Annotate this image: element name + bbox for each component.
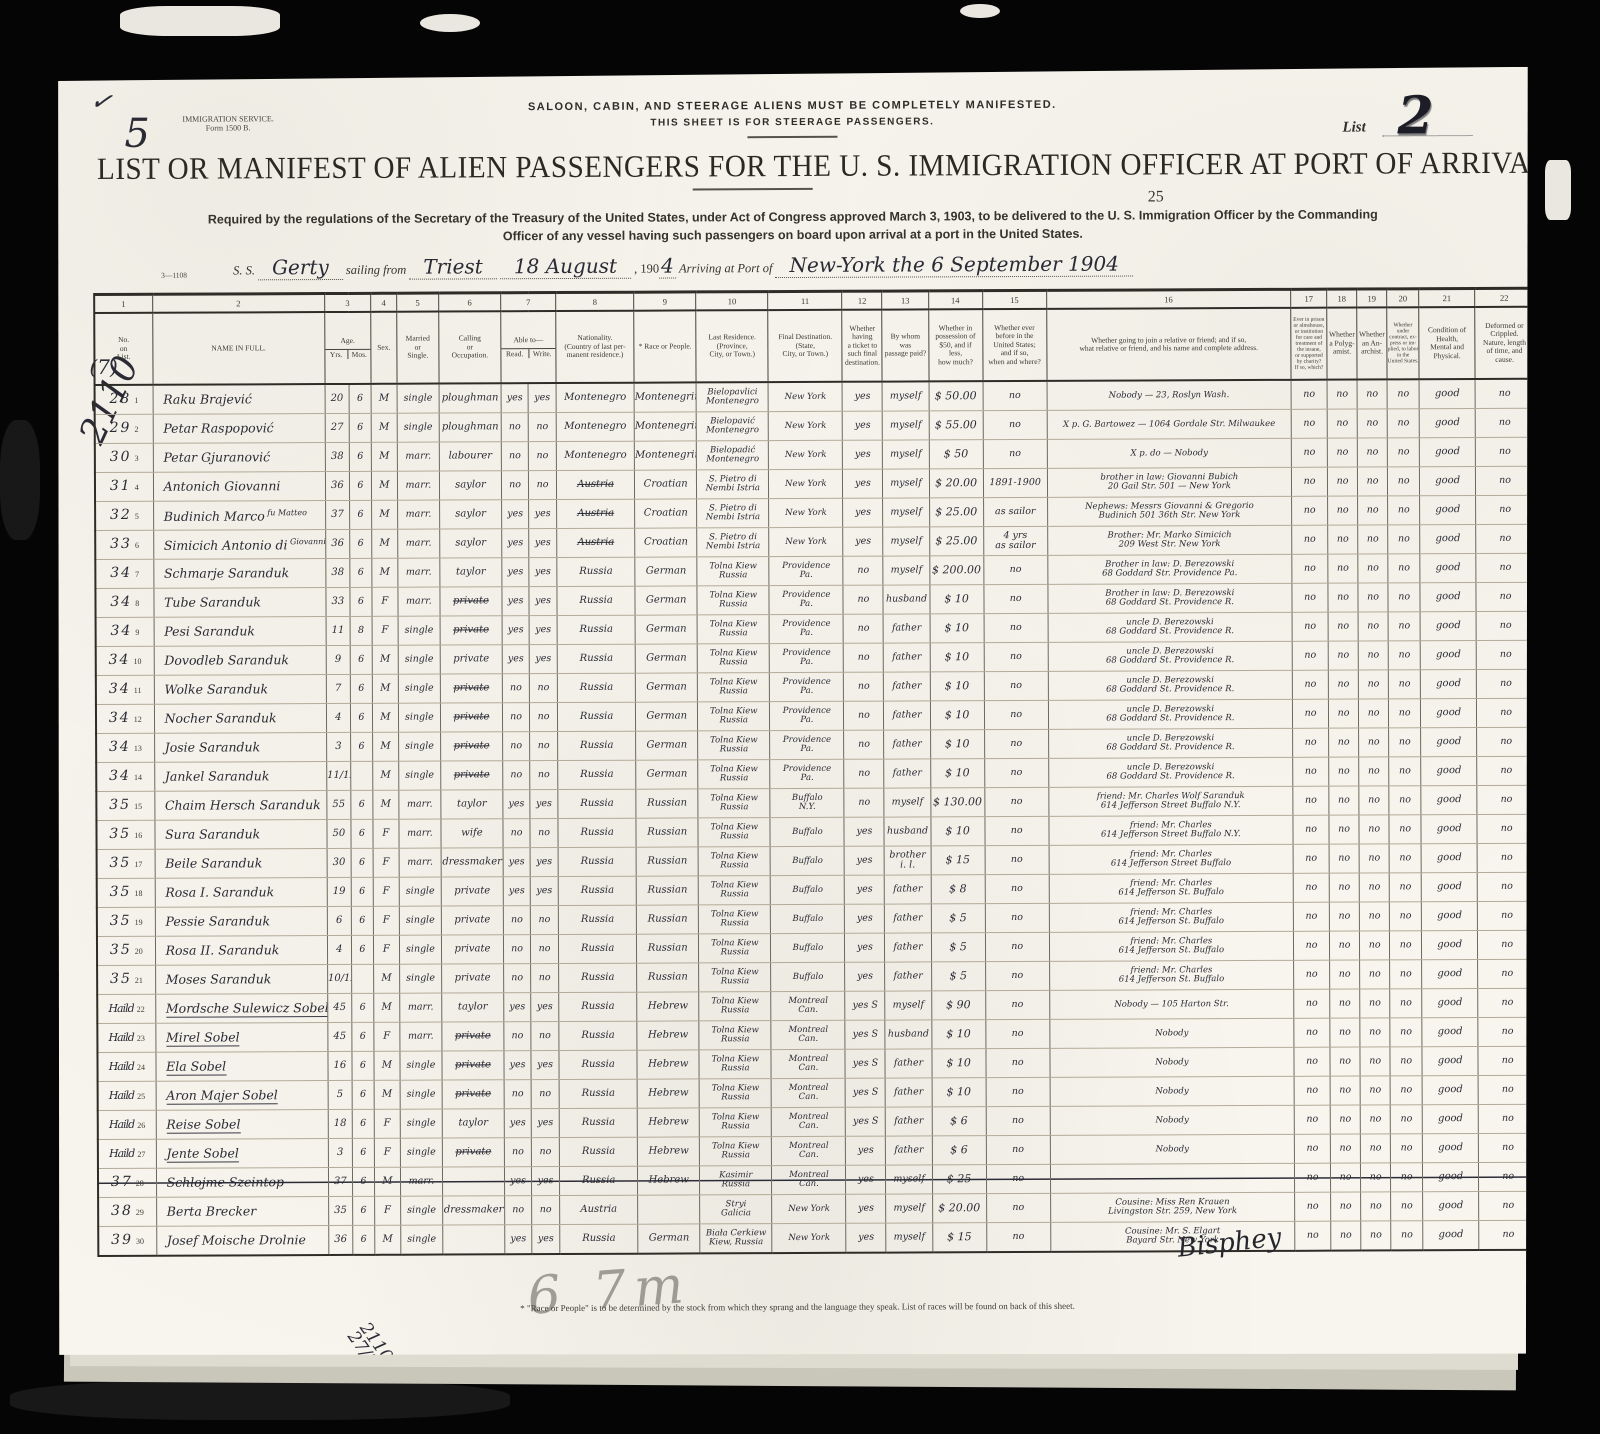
cell-c17: no — [1293, 728, 1329, 757]
cell-dest: Buffalo — [771, 875, 845, 904]
cell-health: good — [1420, 641, 1476, 670]
cell-mos: 6 — [352, 1080, 374, 1109]
cell-occ: saylor — [439, 471, 501, 500]
cell-dest: Providence Pa. — [769, 585, 843, 614]
cell-race — [638, 1195, 700, 1224]
cell-race: Russian — [637, 963, 699, 992]
cell-mos: 6 — [350, 587, 372, 616]
cell-mos: 6 — [350, 674, 372, 703]
cell-money: $ 25.00 — [929, 527, 983, 556]
cell-write: no — [530, 732, 558, 761]
cell-sex: M — [372, 703, 398, 732]
cell-occ: private — [441, 877, 503, 906]
cell-sex: M — [373, 964, 399, 993]
cell-c17: no — [1293, 757, 1329, 786]
cell-list-no: 336 — [95, 530, 153, 559]
cell-yrs: 20 — [325, 384, 349, 414]
cell-nat: Russia — [559, 1021, 637, 1050]
cell-name: Petar Gjuranović — [153, 443, 325, 473]
cell-ms: marr. — [399, 848, 441, 877]
arriving-label: Arriving at Port of — [679, 261, 772, 275]
cell-res: S. Pietro di Nembi Istria — [697, 528, 769, 557]
cell-c20: no — [1387, 438, 1419, 467]
cell-name: Antonich Giovanni — [153, 472, 325, 502]
cell-res: Tolna Kiew Russia — [699, 1079, 771, 1108]
cell-name: Mordsche Sulewicz Sobel — [155, 994, 327, 1024]
cell-c19: no — [1358, 612, 1388, 641]
cell-tkt: no — [844, 759, 884, 788]
cell-c20: no — [1389, 873, 1421, 902]
cell-ms: single — [397, 384, 439, 414]
cell-c22: no — [1476, 553, 1535, 582]
cell-health: good — [1420, 525, 1476, 554]
cell-c19: no — [1359, 902, 1389, 931]
cell-ms: marr. — [399, 819, 441, 848]
cell-read: yes — [504, 1167, 531, 1196]
cell-tkt: no — [843, 585, 883, 614]
arrival-port-date: New-York the 6 September 1904 — [775, 252, 1132, 279]
cell-write: no — [531, 1080, 559, 1109]
cell-nat: Russia — [557, 673, 635, 702]
cell-occ: private — [440, 703, 502, 732]
cell-list-no: 3517 — [97, 849, 155, 878]
cell-money: $ 8 — [931, 875, 985, 904]
col-number-7: 7 — [501, 293, 556, 312]
cell-money: $ 10 — [930, 672, 984, 701]
cell-race: German — [638, 1224, 700, 1254]
cell-res: Tolna Kiew Russia — [698, 731, 770, 760]
cell-write: yes — [529, 529, 557, 558]
cell-before: no — [984, 671, 1048, 700]
cell-paid: father — [885, 962, 931, 991]
cell-tkt: yes — [843, 440, 883, 469]
cell-c20: no — [1391, 1163, 1423, 1192]
cell-c20: no — [1388, 583, 1420, 612]
footnote: * "Race or People" is to be determined b… — [118, 1299, 1478, 1315]
cell-money: $ 10 — [931, 1020, 985, 1049]
cell-rel: friend: Mr. Charles 614 Jefferson St. Bu… — [1049, 902, 1293, 932]
manifest-row: 3930Josef Moische Drolnie366Msingleyesye… — [98, 1220, 1538, 1256]
cell-c17: no — [1294, 960, 1330, 989]
cell-write: yes — [529, 616, 557, 645]
cell-dest: Providence Pa. — [770, 759, 844, 788]
cell-c18: no — [1328, 612, 1358, 641]
cell-money: $ 10 — [930, 643, 984, 672]
cell-race: Russian — [637, 934, 699, 963]
cell-dest: Providence Pa. — [770, 701, 844, 730]
col-header-5: Married or Single. — [397, 312, 439, 384]
cell-sex: M — [372, 645, 398, 674]
cell-yrs: 38 — [325, 442, 349, 471]
cell-res: Bielopadić Montenegro — [697, 441, 769, 470]
cell-nat: Montenegro — [556, 441, 634, 470]
cell-res: Tolna Kiew Russia — [699, 992, 771, 1021]
cell-yrs: 6 — [327, 906, 351, 935]
cell-name: Reise Sobel — [156, 1110, 328, 1140]
col-header-6: Calling or Occupation. — [439, 311, 501, 383]
cell-mos: 6 — [352, 1138, 374, 1167]
cell-before: no — [985, 816, 1049, 845]
cell-rel: Nobody — 105 Harton Str. — [1049, 989, 1293, 1019]
manifest-table: 12345678910111213141516171819202122No. o… — [93, 287, 1539, 1257]
cell-paid: father — [886, 1078, 932, 1107]
cell-mos — [351, 964, 373, 993]
cell-sex: F — [374, 1196, 400, 1225]
cell-mos: 6 — [351, 906, 373, 935]
cell-mos: 6 — [351, 819, 373, 848]
cell-write: no — [528, 471, 556, 500]
cell-c19: no — [1358, 554, 1388, 583]
cell-c20: no — [1389, 844, 1421, 873]
cell-name: Josie Saranduk — [154, 733, 326, 763]
cell-yrs: 3 — [326, 732, 350, 761]
cell-occ: taylor — [442, 993, 504, 1022]
cell-res: Tolna Kiew Russia — [698, 673, 770, 702]
cell-c17: no — [1291, 438, 1327, 467]
cell-money: $ 10 — [930, 701, 984, 730]
cell-read: yes — [503, 848, 530, 877]
cell-ms: marr. — [398, 529, 440, 558]
col-header-11: Final Destination. (State, City, or Town… — [768, 310, 842, 382]
cell-yrs: 16 — [328, 1051, 352, 1080]
cell-read: yes — [504, 1109, 531, 1138]
cell-c19: no — [1360, 931, 1390, 960]
cell-c17: no — [1292, 583, 1328, 612]
cell-occ: dressmaker — [443, 1196, 505, 1225]
cell-race: German — [635, 615, 697, 644]
cell-paid: husband — [885, 1020, 931, 1049]
year-handwritten: 4 — [659, 254, 676, 279]
cell-rel: Nobody — [1050, 1105, 1294, 1135]
cell-paid: myself — [883, 469, 929, 498]
cell-list-no: Haild26 — [98, 1110, 156, 1139]
cell-health: good — [1420, 670, 1476, 699]
cell-health: good — [1422, 1018, 1478, 1047]
cell-nat: Russia — [559, 1079, 637, 1108]
cell-sex: F — [373, 877, 399, 906]
cell-read: no — [505, 1196, 532, 1225]
col-number-22: 22 — [1475, 288, 1534, 307]
cell-c17: no — [1292, 525, 1328, 554]
cell-yrs: 45 — [328, 993, 352, 1022]
cell-c19: no — [1359, 757, 1389, 786]
cell-tkt: yes — [845, 904, 885, 933]
col-header-8: Nationality. (Country of last per- manen… — [556, 311, 634, 383]
cell-money: $ 20.00 — [929, 469, 983, 498]
cell-sex: M — [372, 529, 398, 558]
cell-res: Biała Cerkiew Kiew, Russia — [700, 1224, 772, 1254]
cell-name: Sura Saranduk — [155, 820, 327, 850]
cell-nat: Russia — [558, 760, 636, 789]
cell-sex: F — [374, 1138, 400, 1167]
cell-nat: Russia — [557, 644, 635, 673]
cell-read: yes — [502, 500, 529, 529]
cell-nat: Austria — [557, 470, 635, 499]
caption-rule — [747, 136, 837, 138]
scan-speck — [1545, 160, 1571, 220]
cell-yrs: 36 — [325, 529, 349, 558]
cell-res: Tolna Kiew Russia — [699, 905, 771, 934]
cell-c18: no — [1327, 380, 1357, 410]
cell-race: Montenegrin — [634, 441, 696, 470]
cell-occ: private — [442, 1022, 504, 1051]
cell-tkt: yes S — [845, 1020, 885, 1049]
cell-before: no — [983, 555, 1047, 584]
cell-yrs: 18 — [328, 1109, 352, 1138]
cell-c22: no — [1476, 640, 1535, 669]
cell-race: Russian — [636, 847, 698, 876]
cell-c22: no — [1475, 408, 1534, 437]
cell-race: Montenegrin — [634, 412, 696, 441]
cell-write: yes — [529, 587, 557, 616]
cell-c20: no — [1390, 1076, 1422, 1105]
col-number-20: 20 — [1387, 289, 1419, 308]
cell-c17: no — [1295, 1221, 1331, 1251]
cell-yrs: 36 — [325, 471, 349, 500]
cell-race: Hebrew — [638, 1137, 700, 1166]
cell-ms: single — [401, 1225, 443, 1255]
col-number-8: 8 — [556, 292, 634, 311]
cell-c17: no — [1293, 786, 1329, 815]
cell-race: Hebrew — [637, 1021, 699, 1050]
cell-tkt: no — [844, 701, 884, 730]
cell-tkt: yes — [844, 817, 884, 846]
cell-c18: no — [1329, 786, 1359, 815]
cell-yrs: 45 — [328, 1022, 352, 1051]
cell-health: good — [1422, 989, 1478, 1018]
cell-before: no — [984, 584, 1048, 613]
cell-dest: Montreal Can. — [771, 1020, 845, 1049]
cell-ms: single — [399, 761, 441, 790]
cell-paid: myself — [883, 381, 929, 411]
cell-ms: marr. — [397, 442, 439, 471]
cell-rel: X p. G. Bartowez — 1064 Gordale Str. Mil… — [1047, 409, 1291, 439]
cell-c19: no — [1360, 1018, 1390, 1047]
cell-c17: no — [1292, 554, 1328, 583]
cell-list-no: 281 — [95, 385, 153, 415]
cell-read: no — [504, 1022, 531, 1051]
cell-res: S. Pietro di Nembi Istria — [697, 470, 769, 499]
cell-c18: no — [1330, 1076, 1360, 1105]
cell-mos: 6 — [352, 993, 374, 1022]
cell-c22: no — [1477, 698, 1536, 727]
cell-name: Rosa II. Saranduk — [155, 936, 327, 966]
list-number-handwritten: 2 — [1397, 85, 1433, 146]
cell-paid: father — [884, 672, 930, 701]
cell-mos: 6 — [350, 703, 372, 732]
cell-yrs: 50 — [327, 819, 351, 848]
cell-health: good — [1420, 612, 1476, 641]
cell-c20: no — [1387, 379, 1419, 409]
cell-health: good — [1423, 1192, 1479, 1221]
cell-name: Mirel Sobel — [155, 1023, 327, 1053]
cell-list-no: 314 — [95, 472, 153, 501]
cell-sex: M — [371, 442, 397, 471]
cell-c19: no — [1360, 1076, 1390, 1105]
cell-race: Russian — [636, 789, 698, 818]
cell-race: German — [635, 673, 697, 702]
cell-health: good — [1422, 1047, 1478, 1076]
cell-tkt: yes — [846, 1194, 886, 1223]
cell-health: good — [1423, 1163, 1479, 1192]
cell-read: no — [502, 703, 529, 732]
cell-c20: no — [1390, 960, 1422, 989]
cell-res: Tolna Kiew Russia — [698, 818, 770, 847]
cell-money: $ 50 — [929, 440, 983, 469]
cell-tkt: no — [844, 672, 884, 701]
cell-nat: Russia — [560, 1166, 638, 1195]
cell-health: good — [1420, 554, 1476, 583]
cell-tkt: yes — [846, 1165, 886, 1194]
cell-before: no — [986, 1222, 1050, 1252]
cell-dest: Providence Pa. — [770, 643, 844, 672]
cell-money: $ 5 — [931, 962, 985, 991]
manifest-table-wrap: 12345678910111213141516171819202122No. o… — [93, 287, 1539, 1257]
cell-c17: no — [1294, 1163, 1330, 1192]
cell-c19: no — [1359, 815, 1389, 844]
cell-dest: Montreal Can. — [771, 1078, 845, 1107]
cell-before: no — [986, 1164, 1050, 1193]
cell-race: Hebrew — [637, 1108, 699, 1137]
cell-dest: Buffalo — [771, 962, 845, 991]
col-header-10: Last Residence. (Province, City, or Town… — [696, 310, 768, 382]
cell-read: no — [504, 964, 531, 993]
cell-sex: F — [373, 935, 399, 964]
cell-rel: uncle D. Berezowski 68 Goddard St. Provi… — [1048, 757, 1292, 787]
cell-race: Hebrew — [637, 992, 699, 1021]
cell-res: Tolna Kiew Russia — [697, 557, 769, 586]
cell-money: $ 6 — [932, 1107, 986, 1136]
cell-paid: father — [885, 933, 931, 962]
cell-yrs: 4 — [327, 935, 351, 964]
cell-write: yes — [530, 790, 558, 819]
cell-c20: no — [1389, 786, 1421, 815]
cell-rel: Cousine: Miss Ren Krauen Livingston Str.… — [1050, 1192, 1294, 1222]
cell-read: yes — [502, 558, 529, 587]
cell-c19: no — [1359, 728, 1389, 757]
cell-c18: no — [1331, 1163, 1361, 1192]
cell-health: good — [1422, 1134, 1478, 1163]
cell-write: yes — [530, 848, 558, 877]
cell-health: good — [1421, 902, 1477, 931]
cell-nat: Montenegro — [556, 412, 634, 441]
cell-c19: no — [1361, 1221, 1391, 1251]
cell-tkt: yes S — [845, 991, 885, 1020]
cell-money: $ 50.00 — [929, 381, 983, 411]
cell-health: good — [1420, 467, 1476, 496]
cell-yrs: 37 — [328, 1167, 352, 1196]
cell-ms: marr. — [397, 471, 439, 500]
list-label: List — [1342, 120, 1365, 137]
cell-yrs: 11 — [326, 616, 350, 645]
cell-health: good — [1419, 379, 1475, 409]
cell-c22: no — [1475, 379, 1534, 409]
cell-name: Pessie Saranduk — [155, 907, 327, 937]
cell-tkt: yes — [845, 846, 885, 875]
cell-c22: no — [1479, 1191, 1538, 1220]
cell-tkt: yes — [846, 1136, 886, 1165]
cell-res: Bielopavić Montenegro — [696, 412, 768, 441]
cell-read: yes — [505, 1225, 532, 1255]
cell-yrs: 10/12 — [327, 964, 351, 993]
cell-c19: no — [1358, 670, 1388, 699]
col-number-3: 3 — [324, 293, 370, 312]
cell-c22: no — [1477, 814, 1536, 843]
cell-c19: no — [1359, 786, 1389, 815]
cell-c17: no — [1292, 699, 1328, 728]
cell-rel: Nobody — [1050, 1134, 1294, 1164]
cell-c20: no — [1388, 554, 1420, 583]
cell-write: yes — [530, 877, 558, 906]
cell-list-no: 292 — [95, 414, 153, 443]
cell-res: Tolna Kiew Russia — [699, 1050, 771, 1079]
cell-mos: 6 — [352, 1196, 374, 1225]
cell-read: yes — [503, 790, 530, 819]
cell-nat: Russia — [558, 876, 636, 905]
cell-money: $ 10 — [930, 759, 984, 788]
cell-c17: no — [1293, 931, 1329, 960]
cell-c20: no — [1389, 902, 1421, 931]
cell-write: yes — [528, 383, 556, 413]
cell-mos: 6 — [351, 848, 373, 877]
col-number-2: 2 — [152, 294, 324, 313]
cell-mos: 6 — [349, 384, 371, 414]
cell-occ — [442, 1167, 504, 1196]
cell-list-no: Haild24 — [97, 1052, 155, 1081]
cell-tkt: yes S — [845, 1049, 885, 1078]
cell-c18: no — [1329, 757, 1359, 786]
cell-money: $ 130.00 — [930, 788, 984, 817]
ss-label: S. S. — [233, 263, 255, 277]
cell-before: 4 yrs as sailor — [983, 526, 1047, 555]
cell-rel: Brother in law: D. Berezowski 68 Goddard… — [1047, 554, 1291, 584]
cell-race: German — [636, 702, 698, 731]
cell-res: Tolna Kiew Russia — [698, 789, 770, 818]
cell-nat: Russia — [557, 557, 635, 586]
cell-tkt: yes — [843, 498, 883, 527]
cell-tkt: yes — [845, 933, 885, 962]
col-header-7: Able to—Read.Write. — [501, 311, 556, 383]
cell-mos: 6 — [349, 500, 371, 529]
cell-money: $ 6 — [932, 1136, 986, 1165]
cell-c22: no — [1478, 1104, 1537, 1133]
cell-tkt: yes — [843, 469, 883, 498]
cell-tkt: no — [843, 556, 883, 585]
cell-c18: no — [1328, 496, 1358, 525]
cell-read: no — [503, 935, 530, 964]
cell-read: yes — [502, 587, 529, 616]
cell-nat: Russia — [558, 789, 636, 818]
cell-c22: no — [1476, 582, 1535, 611]
cell-c20: no — [1389, 757, 1421, 786]
cell-write: no — [530, 761, 558, 790]
cell-dest: Montreal Can. — [772, 1165, 846, 1194]
col-number-6: 6 — [439, 293, 501, 312]
cell-res: Tolna Kiew Russia — [698, 760, 770, 789]
cell-health: good — [1422, 931, 1478, 960]
cell-health: good — [1421, 757, 1477, 786]
cell-sex: M — [373, 761, 399, 790]
cell-paid: myself — [886, 1165, 932, 1194]
cell-race: Hebrew — [637, 1079, 699, 1108]
cell-occ: taylor — [440, 558, 502, 587]
required-statement: Required by the regulations of the Secre… — [53, 205, 1533, 247]
cell-sex: M — [374, 1080, 400, 1109]
cell-health: good — [1421, 786, 1477, 815]
cell-dest: Buffalo N.Y. — [770, 788, 844, 817]
cell-mos: 6 — [353, 1225, 375, 1255]
cell-res: Tolna Kiew Russia — [698, 847, 770, 876]
